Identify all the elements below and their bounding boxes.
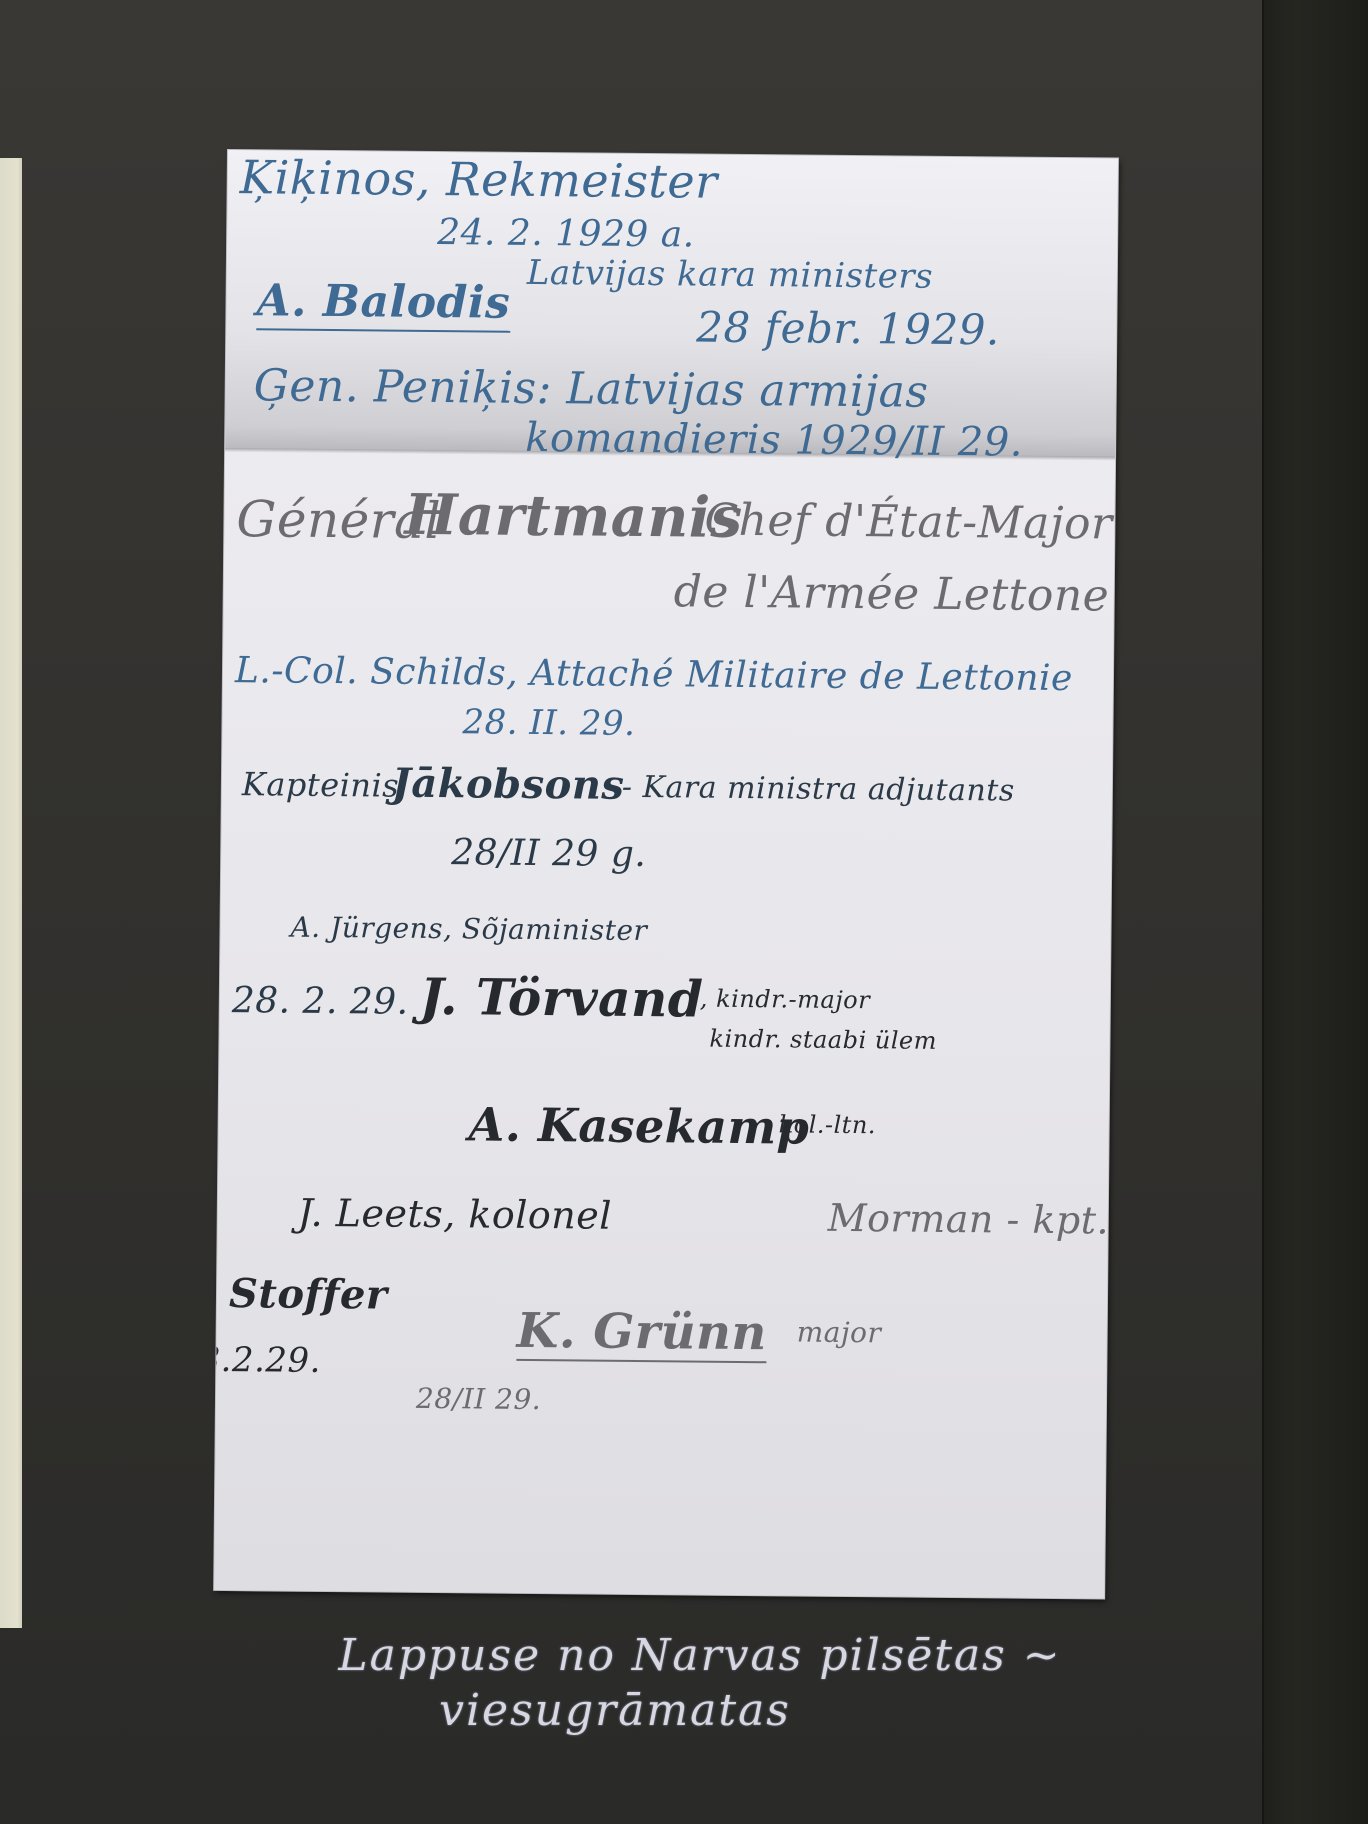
signature-kasekamp: A. Kasekamp — [468, 1097, 809, 1154]
album-caption: Lappuse no Narvas pilsētas ~ viesugrāmat… — [200, 1630, 1200, 1736]
entry-jurgens: A. Jürgens, Sõjaminister — [290, 911, 647, 947]
book-edge — [1262, 0, 1368, 1824]
entry-armee-lettone: de l'Armée Lettone — [674, 566, 1110, 621]
entry-date: 28 febr. 1929. — [696, 303, 1000, 355]
signature-torvand: J. Törvand — [420, 967, 704, 1029]
entry-date: 28/II 29 g. — [451, 832, 646, 875]
entry-date: 28. 2. 29. — [232, 980, 409, 1023]
entry-torvand-rank: , kindr.-major — [700, 985, 871, 1015]
entry-date: 28. II. 29. — [462, 702, 635, 744]
entry-date: 24. 2. 1929 a. — [437, 212, 695, 255]
entry-torvand-title: kindr. staabi ülem — [709, 1025, 937, 1055]
signature-hartmanis: Hartmanis — [404, 482, 743, 551]
entry-adjutant-title: - Kara ministra adjutants — [622, 770, 1015, 809]
entry-date: 28/II 29. — [416, 1382, 541, 1416]
entry-signature-rekmeister: Ķiķinos, Rekmeister — [239, 150, 717, 209]
entry-title: Latvijas kara ministers — [527, 253, 934, 297]
signature-stoffer: Stoffer — [229, 1270, 388, 1319]
entry-chef-etat-major: Chef d'État-Major — [704, 495, 1113, 550]
entry-date: 28.2.29. — [214, 1340, 321, 1381]
caption-line-2: viesugrāmatas — [30, 1685, 1200, 1736]
entry-penikis-title: komandieris 1929/II 29. — [525, 415, 1023, 466]
entry-grunn-rank: major — [797, 1316, 882, 1350]
caption-line-1: Lappuse no Narvas pilsētas ~ — [200, 1630, 1200, 1681]
entry-morman: Morman - kpt. — [828, 1196, 1110, 1243]
signature-balodis: A. Balodis — [256, 275, 510, 332]
adjacent-photo-edge — [0, 158, 22, 1628]
signature-grunn: K. Grünn — [516, 1303, 767, 1363]
signature-jakobsons: Jākobsons — [392, 760, 625, 809]
entry-schilds: L.-Col. Schilds, Attaché Militaire de Le… — [235, 650, 1073, 699]
entry-leets: J. Leets, kolonel — [298, 1191, 613, 1238]
entry-penikis: Ģen. Peniķis: Latvijas armijas — [253, 360, 928, 417]
entry-kasekamp-rank: kol.-ltn. — [779, 1110, 877, 1139]
guestbook-photo: Ķiķinos, Rekmeister 24. 2. 1929 a. A. Ba… — [214, 150, 1118, 1598]
entry-kapteinis: Kapteinis — [242, 765, 400, 805]
